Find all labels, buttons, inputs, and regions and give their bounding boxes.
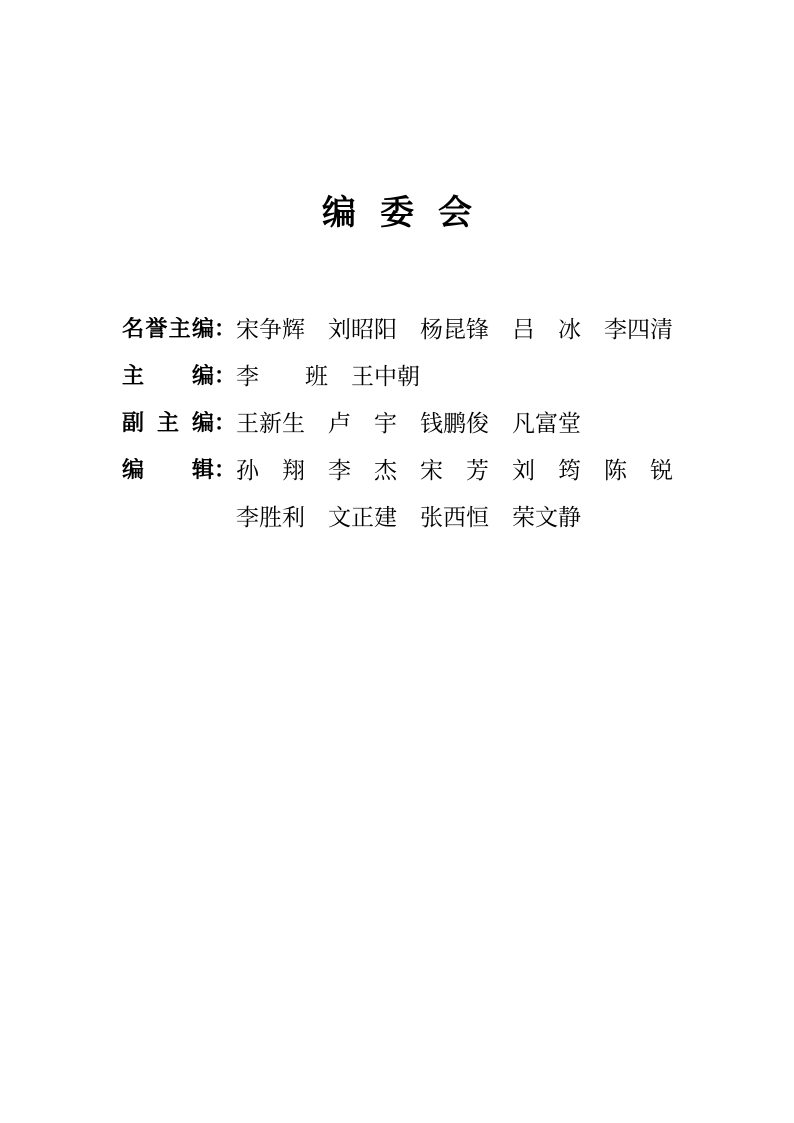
- row-colon: ：: [214, 364, 236, 388]
- row-editors: 编辑 ： 孙 翔 李 杰 宋 芳 刘 筠 陈 锐: [122, 447, 682, 494]
- page-title: 编委会: [0, 191, 794, 235]
- row-names: 孙 翔 李 杰 宋 芳 刘 筠 陈 锐: [236, 458, 673, 483]
- document-page: 编委会 名誉主编 ： 宋争辉 刘昭阳 杨昆锋 吕 冰 李四清 主编 ： 李 班 …: [0, 0, 794, 1123]
- row-names: 宋争辉 刘昭阳 杨昆锋 吕 冰 李四清: [236, 317, 673, 342]
- row-names: 李 班 王中朝: [236, 364, 420, 389]
- row-label: 副主编: [122, 411, 214, 435]
- row-colon: ：: [214, 458, 236, 482]
- row-honorary-chief-editor: 名誉主编 ： 宋争辉 刘昭阳 杨昆锋 吕 冰 李四清: [122, 306, 682, 353]
- row-editors-continued: 李胜利 文正建 张西恒 荣文静: [122, 494, 682, 541]
- row-colon: ：: [214, 411, 236, 435]
- row-deputy-chief-editor: 副主编 ： 王新生 卢 宇 钱鹏俊 凡富堂: [122, 400, 682, 447]
- row-label: 名誉主编: [122, 317, 214, 341]
- row-chief-editor: 主编 ： 李 班 王中朝: [122, 353, 682, 400]
- row-names: 李胜利 文正建 张西恒 荣文静: [236, 505, 581, 530]
- editorial-board-list: 名誉主编 ： 宋争辉 刘昭阳 杨昆锋 吕 冰 李四清 主编 ： 李 班 王中朝 …: [122, 306, 682, 541]
- row-label: 主编: [122, 364, 214, 388]
- row-colon: ：: [214, 317, 236, 341]
- row-names: 王新生 卢 宇 钱鹏俊 凡富堂: [236, 411, 581, 436]
- row-label: 编辑: [122, 458, 214, 482]
